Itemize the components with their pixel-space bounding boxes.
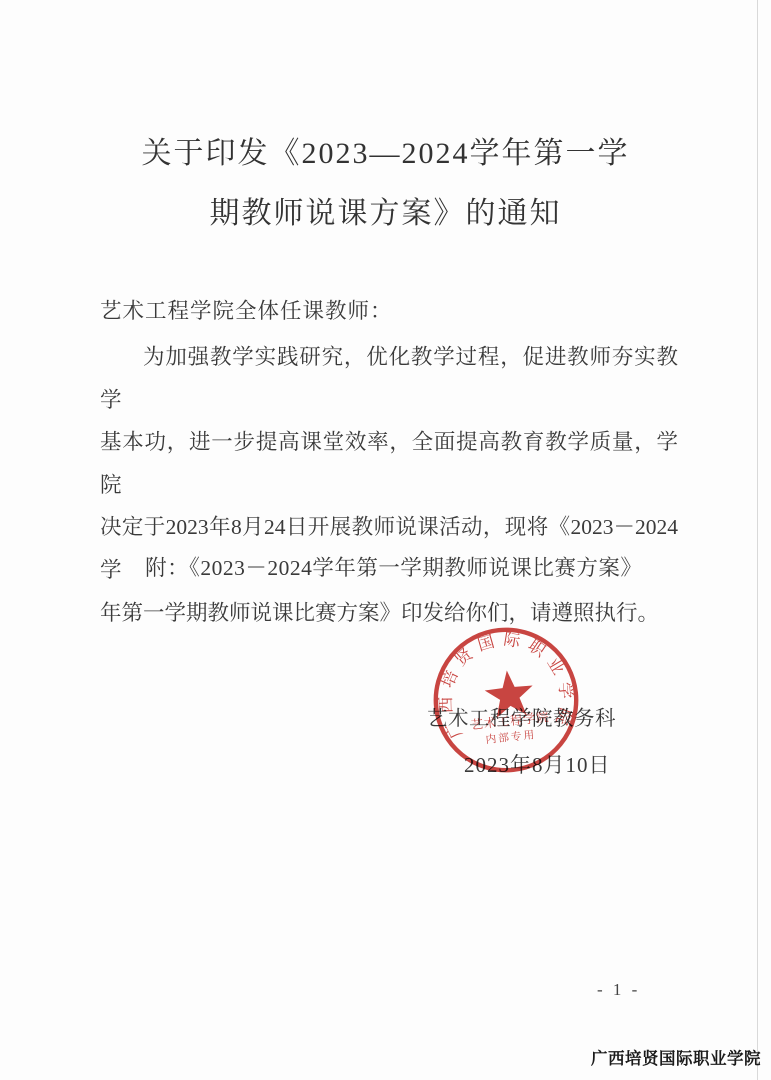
body-line: 年第一学期教师说课比赛方案》印发给你们，请遵照执行。 bbox=[100, 592, 678, 635]
seal-center-text: 艺术工程学院 bbox=[470, 709, 550, 732]
body-paragraph: 为加强教学实践研究，优化教学过程，促进教师夯实教学 基本功，进一步提高课堂效率，… bbox=[100, 336, 678, 634]
notice-title-line-1: 关于印发《2023—2024学年第一学 bbox=[0, 124, 771, 184]
notice-title-line-2: 期教师说课方案》的通知 bbox=[0, 184, 771, 244]
page-number: - 1 - bbox=[597, 980, 640, 1000]
official-seal: 广西培贤国际职业学院 艺术工程学院 内部专用 bbox=[420, 614, 591, 785]
seal-bottom-text: 内部专用 bbox=[485, 728, 537, 746]
attachment-note: 附：《2023－2024学年第一学期教师说课比赛方案》 bbox=[100, 551, 700, 582]
notice-title: 关于印发《2023—2024学年第一学 期教师说课方案》的通知 bbox=[0, 124, 771, 244]
body-line: 基本功，进一步提高课堂效率，全面提高教育教学质量，学院 bbox=[100, 421, 678, 506]
salutation: 艺术工程学院全体任课教师： bbox=[100, 294, 680, 325]
body-line: 为加强教学实践研究，优化教学过程，促进教师夯实教学 bbox=[100, 336, 678, 421]
notice-document-page: 关于印发《2023—2024学年第一学 期教师说课方案》的通知 艺术工程学院全体… bbox=[0, 0, 771, 1080]
footer-brand: 广西培贤国际职业学院 bbox=[591, 1045, 761, 1069]
star-icon bbox=[483, 668, 536, 719]
